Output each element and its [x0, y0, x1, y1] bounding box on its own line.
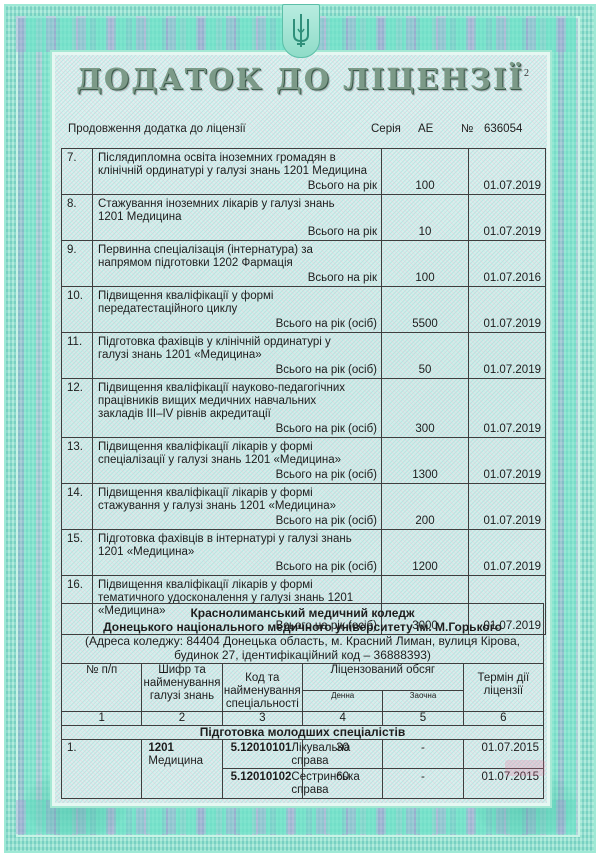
header-full-time: Денна — [302, 690, 382, 711]
annual-quantity: 5500 — [382, 287, 469, 333]
license-term-date: 01.07.2016 — [469, 241, 546, 287]
table-row: 14.Підвищення кваліфікації лікарів у фор… — [62, 484, 546, 530]
license-term-date: 01.07.2019 — [469, 379, 546, 438]
row-number: 12. — [62, 379, 93, 438]
college-specialties-table: Краснолиманський медичний коледж Донецьк… — [61, 603, 544, 799]
row-number: 15. — [62, 530, 93, 576]
column-number: 4 — [302, 712, 382, 726]
annual-total-label: Всього на рік (осіб) — [98, 515, 377, 529]
activity-description-line: Підвищення кваліфікації у формі — [98, 290, 377, 303]
specialty-cell: 5.12010101 Лікувальна справа — [222, 740, 302, 769]
annual-quantity: 1300 — [382, 438, 469, 484]
annual-total-label: Всього на рік (осіб) — [98, 469, 377, 483]
page-number: 2 — [524, 68, 529, 79]
activity-description-line: Підвищення кваліфікації лікарів у формі — [98, 579, 377, 592]
activity-description-line: 1201 «Медицина» — [98, 546, 377, 559]
series-value: АЕ — [418, 123, 433, 135]
institution-name: Краснолиманський медичний коледж — [66, 606, 539, 620]
activity-description-line: Підготовка фахівців в інтернатурі у галу… — [98, 533, 377, 546]
column-number: 1 — [62, 712, 142, 726]
license-activities-table: 7.Післядипломна освіта іноземних громадя… — [61, 148, 546, 635]
specialty-code: 5.12010101 — [231, 742, 292, 768]
activity-description: Підвищення кваліфікації лікарів у форміс… — [93, 438, 382, 484]
activity-description: Стажування іноземних лікарів у галузі зн… — [93, 195, 382, 241]
row-number: 8. — [62, 195, 93, 241]
row-number: 7. — [62, 149, 93, 195]
activity-description-line: галузі знань 1201 «Медицина» — [98, 349, 377, 362]
institution-parent: Донецького національного медичного уніве… — [66, 620, 539, 634]
license-term-date: 01.07.2019 — [469, 149, 546, 195]
header-number: № п/п — [62, 664, 142, 712]
column-number: 6 — [463, 712, 543, 726]
activity-description-line: закладів III–IV рівнів акредитації — [98, 408, 377, 421]
activity-description-line: Підвищення кваліфікації лікарів у формі — [98, 487, 377, 500]
activity-description: Післядипломна освіта іноземних громадян … — [93, 149, 382, 195]
annual-total-label: Всього на рік — [98, 180, 377, 194]
table-row: 12.Підвищення кваліфікації науково-педаг… — [62, 379, 546, 438]
number-label: № — [461, 123, 473, 135]
table-row: 11.Підготовка фахівців у клінічній ордин… — [62, 333, 546, 379]
activity-description: Підвищення кваліфікації у форміпередатес… — [93, 287, 382, 333]
activity-description-line: Підготовка фахівців у клінічній ординату… — [98, 336, 377, 349]
section-title: Підготовка молодших спеціалістів — [62, 726, 544, 740]
specialty-code: 5.12010102 — [231, 771, 292, 797]
specialty-cell: 5.12010102 Сестринська справа — [222, 769, 302, 799]
table-row: 7.Післядипломна освіта іноземних громадя… — [62, 149, 546, 195]
document-title: ДОДАТОК ДО ЛІЦЕНЗІЇ — [0, 62, 600, 96]
activity-description-line: Підвищення кваліфікації науково-педагогі… — [98, 382, 377, 395]
annual-quantity: 100 — [382, 241, 469, 287]
part-time-volume: - — [383, 769, 463, 799]
annual-total-label: Всього на рік (осіб) — [98, 561, 377, 575]
annual-total-label: Всього на рік — [98, 272, 377, 286]
header-licensed-volume: Ліцензований обсяг — [302, 664, 463, 691]
activity-description-line: стажування у галузі знань 1201 «Медицина… — [98, 500, 377, 513]
header-field: Шифр та найменування галузі знань — [142, 664, 222, 712]
activity-description-line: передатестаційного циклу — [98, 303, 377, 316]
field-code: 1201 — [148, 742, 174, 754]
header-specialty: Код та найменування спеціальності — [222, 664, 302, 712]
row-number: 1. — [62, 740, 142, 799]
part-time-volume: - — [383, 740, 463, 769]
row-number: 10. — [62, 287, 93, 333]
license-term-date: 01.07.2019 — [469, 530, 546, 576]
row-number: 13. — [62, 438, 93, 484]
continuation-label: Продовження додатка до ліцензії — [68, 123, 246, 135]
specialty-name: Сестринська справа — [291, 771, 359, 797]
license-number: 636054 — [484, 123, 522, 135]
column-number: 3 — [222, 712, 302, 726]
activity-description: Підвищення кваліфікації лікарів у форміс… — [93, 484, 382, 530]
institution-header: Краснолиманський медичний коледж Донецьк… — [62, 604, 544, 664]
institution-address-cont: будинок 27, ідентифікаційний код – 36888… — [66, 648, 539, 662]
annual-quantity: 50 — [382, 333, 469, 379]
table-row: 13.Підвищення кваліфікації лікарів у фор… — [62, 438, 546, 484]
field-name: Медицина — [148, 755, 203, 767]
trident-coat-of-arms-icon — [282, 4, 320, 58]
annual-quantity: 10 — [382, 195, 469, 241]
annual-quantity: 100 — [382, 149, 469, 195]
series-label: Серія — [371, 123, 401, 135]
activity-description: Підготовка фахівців в інтернатурі у галу… — [93, 530, 382, 576]
activity-description-line: Підвищення кваліфікації лікарів у формі — [98, 441, 377, 454]
column-number: 2 — [142, 712, 222, 726]
activity-description-line: клінічній ординатурі у галузі знань 1201… — [98, 165, 377, 178]
row-number: 14. — [62, 484, 93, 530]
table-row: 15.Підготовка фахівців в інтернатурі у г… — [62, 530, 546, 576]
activity-description: Підвищення кваліфікації науково-педагогі… — [93, 379, 382, 438]
license-term-date: 01.07.2019 — [469, 438, 546, 484]
annual-quantity: 200 — [382, 484, 469, 530]
annual-quantity: 300 — [382, 379, 469, 438]
row-number: 11. — [62, 333, 93, 379]
license-term-date: 01.07.2019 — [469, 484, 546, 530]
field-cell: 1201 Медицина — [142, 740, 222, 799]
table-row: 8.Стажування іноземних лікарів у галузі … — [62, 195, 546, 241]
license-term-date: 01.07.2019 — [469, 195, 546, 241]
license-term-date: 01.07.2019 — [469, 287, 546, 333]
activity-description-line: спеціалізації у галузі знань 1201 «Медиц… — [98, 454, 377, 467]
activity-description-line: напрямом підготовки 1202 Фармація — [98, 257, 377, 270]
column-number: 5 — [383, 712, 463, 726]
stamp-mark — [505, 760, 545, 776]
activity-description: Первинна спеціалізація (інтернатура) зан… — [93, 241, 382, 287]
row-number: 9. — [62, 241, 93, 287]
annual-total-label: Всього на рік (осіб) — [98, 364, 377, 378]
annual-total-label: Всього на рік (осіб) — [98, 318, 377, 332]
activity-description-line: 1201 Медицина — [98, 211, 377, 224]
activity-description-line: Стажування іноземних лікарів у галузі зн… — [98, 198, 377, 211]
header-part-time: Заочна — [383, 690, 463, 711]
activity-description-line: Первинна спеціалізація (інтернатура) за — [98, 244, 377, 257]
activity-description-line: працівників вищих медичних навчальних — [98, 395, 377, 408]
license-term-date: 01.07.2019 — [469, 333, 546, 379]
annual-total-label: Всього на рік (осіб) — [98, 423, 377, 437]
activity-description: Підготовка фахівців у клінічній ординату… — [93, 333, 382, 379]
header-term: Термін дії ліцензії — [463, 664, 543, 712]
annual-quantity: 1200 — [382, 530, 469, 576]
annual-total-label: Всього на рік — [98, 226, 377, 240]
institution-address: (Адреса коледжу: 84404 Донецька область,… — [66, 634, 539, 648]
table-row: 10.Підвищення кваліфікації у форміпереда… — [62, 287, 546, 333]
activity-description-line: Післядипломна освіта іноземних громадян … — [98, 152, 377, 165]
table-row: 9. Первинна спеціалізація (інтернатура) … — [62, 241, 546, 287]
